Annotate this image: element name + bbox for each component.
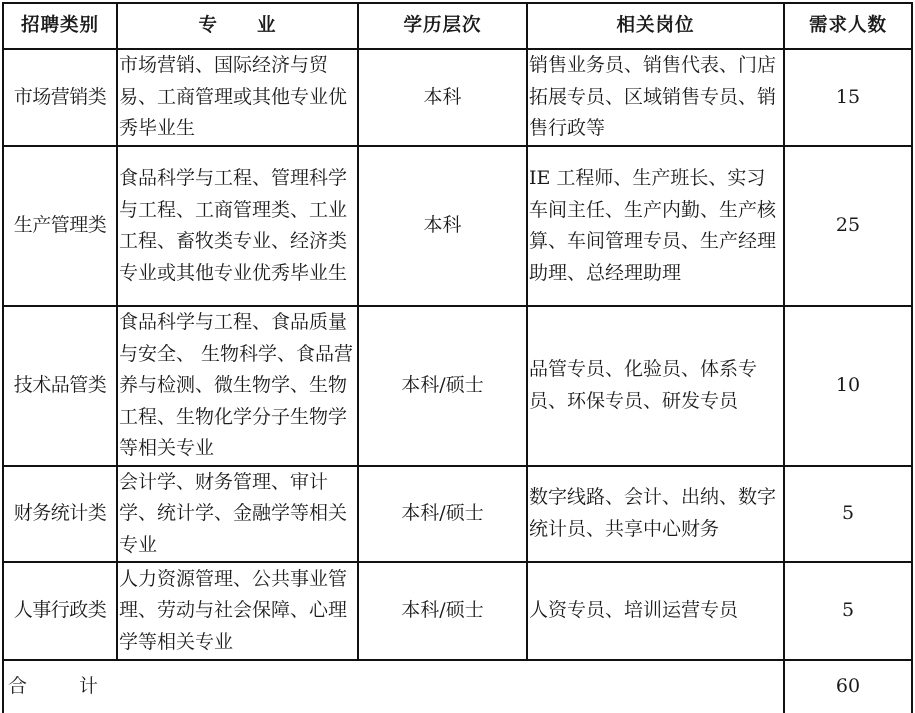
total-headcount-cell: 60 <box>784 660 912 713</box>
headcount-cell: 25 <box>784 146 912 306</box>
positions-text: 品管专员、化验员、体系专员、环保专员、研发专员 <box>529 354 782 417</box>
table-row: 技术品管类 食品科学与工程、食品质量与安全、 生物科学、食品营养与检测、微生物学… <box>3 306 912 466</box>
positions-text: 销售业务员、销售代表、门店拓展专员、区域销售专员、销售行政等 <box>529 50 782 145</box>
major-cell: 会计学、财务管理、审计学、统计学、金融学等相关专业 <box>117 466 358 563</box>
major-cell: 食品科学与工程、管理科学与工程、工商管理类、工业工程、畜牧类专业、经济类专业或其… <box>117 146 358 306</box>
education-cell: 本科 <box>358 146 527 306</box>
category-cell: 人事行政类 <box>3 562 117 660</box>
major-cell: 人力资源管理、公共事业管理、劳动与社会保障、心理学等相关专业 <box>117 562 358 660</box>
header-category: 招聘类别 <box>3 3 117 49</box>
header-positions: 相关岗位 <box>527 3 784 49</box>
positions-cell: 销售业务员、销售代表、门店拓展专员、区域销售专员、销售行政等 <box>527 49 784 146</box>
education-cell: 本科/硕士 <box>358 466 527 563</box>
major-text: 会计学、财务管理、审计学、统计学、金融学等相关专业 <box>119 467 356 562</box>
category-cell: 市场营销类 <box>3 49 117 146</box>
positions-cell: 数字线路、会计、出纳、数字统计员、共享中心财务 <box>527 466 784 563</box>
positions-text: 人资专员、培训运营专员 <box>529 595 782 627</box>
table-header-row: 招聘类别 专 业 学历层次 相关岗位 需求人数 <box>3 3 912 49</box>
header-major: 专 业 <box>117 3 358 49</box>
positions-cell: IE 工程师、生产班长、实习车间主任、生产内勤、生产核算、车间管理专员、生产经理… <box>527 146 784 306</box>
table-row: 生产管理类 食品科学与工程、管理科学与工程、工商管理类、工业工程、畜牧类专业、经… <box>3 146 912 306</box>
category-cell: 生产管理类 <box>3 146 117 306</box>
headcount-cell: 5 <box>784 562 912 660</box>
positions-text: 数字线路、会计、出纳、数字统计员、共享中心财务 <box>529 482 782 545</box>
major-cell: 市场营销、国际经济与贸易、工商管理或其他专业优秀毕业生 <box>117 49 358 146</box>
recruitment-table: 招聘类别 专 业 学历层次 相关岗位 需求人数 市场营销类 市场营销、国际经济与… <box>2 2 913 713</box>
major-cell: 食品科学与工程、食品质量与安全、 生物科学、食品营养与检测、微生物学、生物工程、… <box>117 306 358 466</box>
header-headcount: 需求人数 <box>784 3 912 49</box>
table-row: 市场营销类 市场营销、国际经济与贸易、工商管理或其他专业优秀毕业生 本科 销售业… <box>3 49 912 146</box>
total-label-left: 合 <box>8 675 27 697</box>
positions-text: IE 工程师、生产班长、实习车间主任、生产内勤、生产核算、车间管理专员、生产经理… <box>529 163 782 289</box>
major-text: 食品科学与工程、管理科学与工程、工商管理类、工业工程、畜牧类专业、经济类专业或其… <box>119 163 356 289</box>
header-education: 学历层次 <box>358 3 527 49</box>
positions-cell: 品管专员、化验员、体系专员、环保专员、研发专员 <box>527 306 784 466</box>
major-text: 市场营销、国际经济与贸易、工商管理或其他专业优秀毕业生 <box>119 50 356 145</box>
category-cell: 财务统计类 <box>3 466 117 563</box>
total-row: 合计 60 <box>3 660 912 713</box>
category-cell: 技术品管类 <box>3 306 117 466</box>
education-cell: 本科/硕士 <box>358 562 527 660</box>
major-text: 人力资源管理、公共事业管理、劳动与社会保障、心理学等相关专业 <box>119 564 356 659</box>
table-row: 财务统计类 会计学、财务管理、审计学、统计学、金融学等相关专业 本科/硕士 数字… <box>3 466 912 563</box>
headcount-cell: 5 <box>784 466 912 563</box>
major-text: 食品科学与工程、食品质量与安全、 生物科学、食品营养与检测、微生物学、生物工程、… <box>119 307 356 465</box>
education-cell: 本科 <box>358 49 527 146</box>
headcount-cell: 10 <box>784 306 912 466</box>
positions-cell: 人资专员、培训运营专员 <box>527 562 784 660</box>
total-label-right: 计 <box>79 675 98 697</box>
total-label-cell: 合计 <box>3 660 784 713</box>
headcount-cell: 15 <box>784 49 912 146</box>
education-cell: 本科/硕士 <box>358 306 527 466</box>
table-row: 人事行政类 人力资源管理、公共事业管理、劳动与社会保障、心理学等相关专业 本科/… <box>3 562 912 660</box>
